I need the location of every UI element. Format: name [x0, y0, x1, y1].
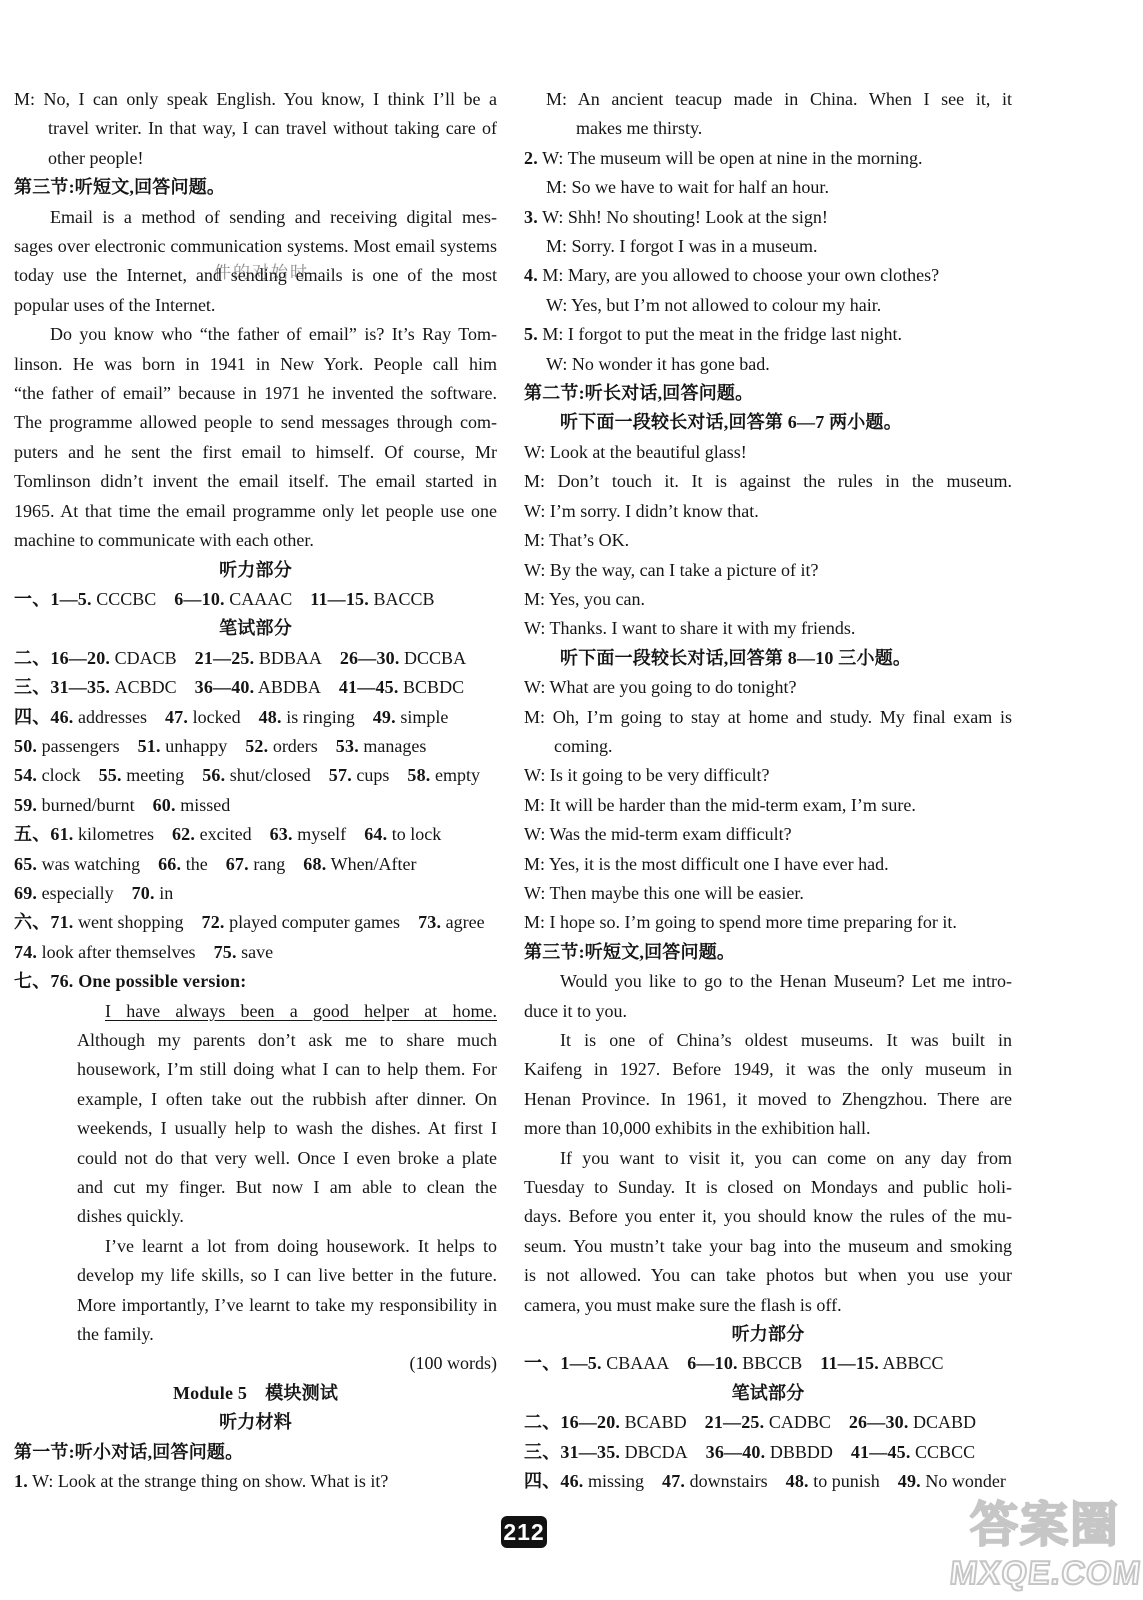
text-line: 65. was watching 66. the 67. rang 68. Wh… [14, 850, 497, 879]
text-line: 四、46. missing 47. downstairs 48. to puni… [524, 1467, 1012, 1496]
text-line: puters and he sent the first email to hi… [14, 438, 497, 467]
text-line: W: Then maybe this one will be easier. [524, 879, 1012, 908]
text-line: days. Before you enter it, you should kn… [524, 1202, 1012, 1231]
text-line: M: No, I can only speak English. You kno… [14, 85, 497, 114]
text-line: 笔试部分 [524, 1379, 1012, 1408]
text-line: example, I often take out the rubbish af… [14, 1085, 497, 1114]
text-line: Kaifeng in 1927. Before 1949, it was the… [524, 1055, 1012, 1084]
text-line: 听力材料 [14, 1408, 497, 1437]
watermark-logo: 答案圈 MXQE.COM [950, 1498, 1140, 1592]
text-line: 听下面一段较长对话,回答第 6—7 两小题。 [524, 408, 1012, 437]
text-line: M: Don’t touch it. It is against the rul… [524, 467, 1012, 496]
text-line: M: So we have to wait for half an hour. [524, 173, 1012, 202]
text-line: 第三节:听短文,回答问题。 [14, 173, 497, 202]
text-line: the family. [14, 1320, 497, 1349]
text-line: 二、16—20. BCABD 21—25. CADBC 26—30. DCABD [524, 1408, 1012, 1437]
text-line: other people! [14, 144, 497, 173]
answer-key-page: M: No, I can only speak English. You kno… [0, 0, 1143, 1600]
text-line: 四、46. addresses 47. locked 48. is ringin… [14, 703, 497, 732]
page-number-badge: 212 [501, 1516, 547, 1548]
text-line: travel writer. In that way, I can travel… [14, 114, 497, 143]
text-line: “the father of email” because in 1971 he… [14, 379, 497, 408]
text-line: W: Is it going to be very difficult? [524, 761, 1012, 790]
text-line: Email is a method of sending and receivi… [14, 203, 497, 232]
text-line: 1965. At that time the email programme o… [14, 497, 497, 526]
text-line: 59. burned/burnt 60. missed [14, 791, 497, 820]
text-line: W: No wonder it has gone bad. [524, 350, 1012, 379]
watermark-site-text: MXQE.COM [948, 1554, 1142, 1592]
text-line: Do you know who “the father of email” is… [14, 320, 497, 349]
text-line: 2. W: The museum will be open at nine in… [524, 144, 1012, 173]
text-line: more than 10,000 exhibits in the exhibit… [524, 1114, 1012, 1143]
text-line: 5. M: I forgot to put the meat in the fr… [524, 320, 1012, 349]
text-line: makes me thirsty. [524, 114, 1012, 143]
text-line: 4. M: Mary, are you allowed to choose yo… [524, 261, 1012, 290]
text-line: 听力部分 [14, 556, 497, 585]
text-line: It is one of China’s oldest museums. It … [524, 1026, 1012, 1055]
text-line: coming. [524, 732, 1012, 761]
text-line: I’ve learnt a lot from doing housework. … [14, 1232, 497, 1261]
text-line: 七、76. One possible version: [14, 967, 497, 996]
text-line: W: Look at the beautiful glass! [524, 438, 1012, 467]
text-line: W: Yes, but I’m not allowed to colour my… [524, 291, 1012, 320]
text-line: M: I hope so. I’m going to spend more ti… [524, 908, 1012, 937]
text-line: 第一节:听小对话,回答问题。 [14, 1438, 497, 1467]
text-line: (100 words) [14, 1349, 497, 1378]
text-line: W: Was the mid-term exam difficult? [524, 820, 1012, 849]
text-line: could not do that very well. Once I even… [14, 1144, 497, 1173]
text-line: duce it to you. [524, 997, 1012, 1026]
text-line: W: By the way, can I take a picture of i… [524, 556, 1012, 585]
text-line: weekends, I usually help to wash the dis… [14, 1114, 497, 1143]
text-line: develop my life skills, so I can live be… [14, 1261, 497, 1290]
text-line: housework, I’m still doing what I can to… [14, 1055, 497, 1084]
text-line: 五、61. kilometres 62. excited 63. myself … [14, 820, 497, 849]
right-column: M: An ancient teacup made in China. When… [524, 85, 1012, 1497]
text-line: 54. clock 55. meeting 56. shut/closed 57… [14, 761, 497, 790]
text-line: Tuesday to Sunday. It is closed on Monda… [524, 1173, 1012, 1202]
text-line: popular uses of the Internet. [14, 291, 497, 320]
text-line: 六、71. went shopping 72. played computer … [14, 908, 497, 937]
text-line: seum. You mustn’t take your bag into the… [524, 1232, 1012, 1261]
text-line: Tomlinson didn’t invent the email itself… [14, 467, 497, 496]
text-line: camera, you must make sure the flash is … [524, 1291, 1012, 1320]
text-line: machine to communicate with each other. [14, 526, 497, 555]
watermark-brand-text: 答案圈 [950, 1498, 1140, 1554]
text-line: 听力部分 [524, 1320, 1012, 1349]
text-line: M: That’s OK. [524, 526, 1012, 555]
text-line: W: I’m sorry. I didn’t know that. [524, 497, 1012, 526]
text-line: W: Thanks. I want to share it with my fr… [524, 614, 1012, 643]
text-line: Henan Province. In 1961, it moved to Zhe… [524, 1085, 1012, 1114]
text-line: 笔试部分 [14, 614, 497, 643]
scan-ghost-text: 件的对始时 [214, 258, 309, 283]
text-line: More importantly, I’ve learnt to take my… [14, 1291, 497, 1320]
text-line: linson. He was born in 1941 in New York.… [14, 350, 497, 379]
text-line: 一、1—5. CBAAA 6—10. BBCCB 11—15. ABBCC [524, 1349, 1012, 1378]
text-line: 二、16—20. CDACB 21—25. BDBAA 26—30. DCCBA [14, 644, 497, 673]
text-line: M: Yes, you can. [524, 585, 1012, 614]
text-line: Would you like to go to the Henan Museum… [524, 967, 1012, 996]
text-line: Module 5 模块测试 [14, 1379, 497, 1408]
text-line: 1. W: Look at the strange thing on show.… [14, 1467, 497, 1496]
text-line: The programme allowed people to send mes… [14, 408, 497, 437]
text-line: is not allowed. You can take photos but … [524, 1261, 1012, 1290]
text-line: 50. passengers 51. unhappy 52. orders 53… [14, 732, 497, 761]
left-column: M: No, I can only speak English. You kno… [14, 85, 497, 1497]
text-line: Although my parents don’t ask me to shar… [14, 1026, 497, 1055]
text-line: 三、31—35. DBCDA 36—40. DBBDD 41—45. CCBCC [524, 1438, 1012, 1467]
text-line: M: Yes, it is the most difficult one I h… [524, 850, 1012, 879]
text-line: M: An ancient teacup made in China. When… [524, 85, 1012, 114]
text-line: If you want to visit it, you can come on… [524, 1144, 1012, 1173]
text-line: 第三节:听短文,回答问题。 [524, 938, 1012, 967]
text-line: 三、31—35. ACBDC 36—40. ABDBA 41—45. BCBDC [14, 673, 497, 702]
text-line: M: Sorry. I forgot I was in a museum. [524, 232, 1012, 261]
text-line: 听下面一段较长对话,回答第 8—10 三小题。 [524, 644, 1012, 673]
text-line: 69. especially 70. in [14, 879, 497, 908]
text-line: and cut my finger. But now I am able to … [14, 1173, 497, 1202]
text-line: 3. W: Shh! No shouting! Look at the sign… [524, 203, 1012, 232]
text-line: 74. look after themselves 75. save [14, 938, 497, 967]
text-line: dishes quickly. [14, 1202, 497, 1231]
text-line: W: What are you going to do tonight? [524, 673, 1012, 702]
text-line: I have always been a good helper at home… [14, 997, 497, 1026]
text-line: M: Oh, I’m going to stay at home and stu… [524, 703, 1012, 732]
text-line: 一、1—5. CCCBC 6—10. CAAAC 11—15. BACCB [14, 585, 497, 614]
text-line: M: It will be harder than the mid-term e… [524, 791, 1012, 820]
text-line: 第二节:听长对话,回答问题。 [524, 379, 1012, 408]
